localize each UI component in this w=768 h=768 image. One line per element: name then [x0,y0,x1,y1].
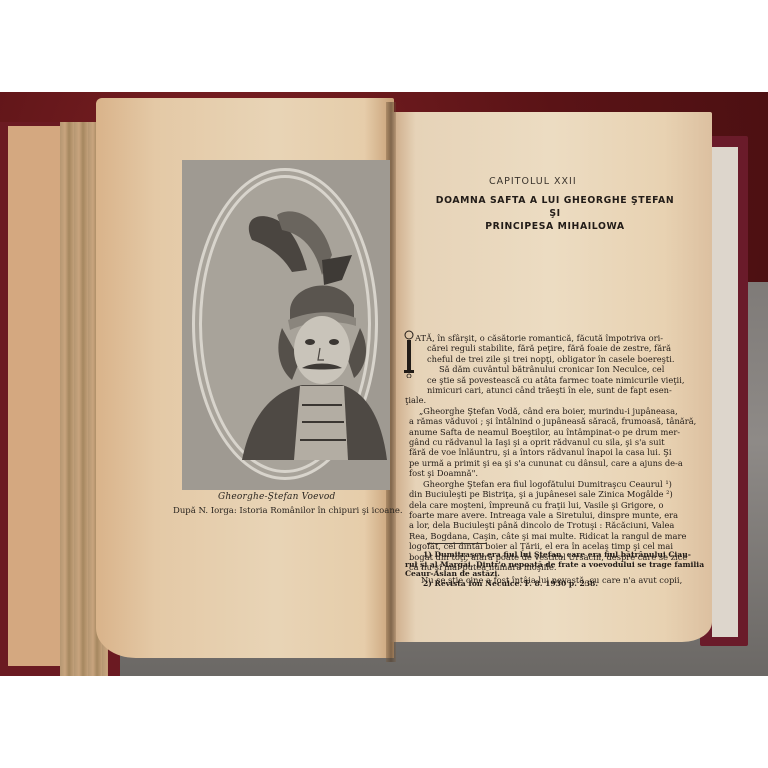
title-line-1: DOAMNA SAFTA A LUI GHEORGHE ŞTEFAN ŞI [436,195,674,219]
body-line: foarte mare avere. Intreaga vale a Siret… [409,510,661,520]
body-line: cărei reguli stabilite, fără peţire, făr… [415,343,661,353]
voivode-portrait-icon [182,160,390,490]
footnote-line: Ceaur-Aslan de astăzi. [405,569,655,579]
body-line: fără de voe înlăuntru, şi a întors rădva… [409,447,661,457]
body-line: „Gheorghe Ştefan Vodă, când era boier, m… [415,406,661,416]
endpaper-right [712,147,738,637]
body-line: din Buciuleşti pe Bistriţa, şi a jupânes… [409,489,661,499]
body-line: anume Safta de neamul Boeştilor, au întâ… [409,427,661,437]
body-line: ATĂ, în sfârşit, o căsătorie romantică, … [415,333,661,343]
body-line: fost şi Doamnă". [409,468,661,478]
body-text: ATĂ, în sfârşit, o căsătorie romantică, … [415,333,661,586]
footnote-divider [427,543,487,544]
body-line: Rea, Bogdana, Caşin, câte şi mai multe. … [409,531,661,541]
body-line: a lor, dela Buciuleşti până dincolo de T… [409,520,661,530]
footnote-line: 2) Revista Ion Neculce. F. 8. 1930 p. 23… [405,579,655,589]
footnote-line: 1) Dumitraşcu era fiul lui Ştefan, care … [405,550,655,560]
chapter-title: DOAMNA SAFTA A LUI GHEORGHE ŞTEFAN ŞI PR… [435,194,675,233]
footnote-line: rul şi al Margăi. Dintr'o nepoată de fra… [405,560,655,570]
body-line: Gheorghe Ştefan era fiul logofătului Dum… [415,479,661,489]
body-line: nimicuri cari, atunci când trăeşti în el… [415,385,661,395]
body-line: ţiale. [405,395,661,405]
body-line: pe urmă a primit şi ea şi s'a cununat cu… [409,458,661,468]
ornamental-dropcap-icon [403,330,415,378]
body-line: dela care moşteni, împreună cu fraţii lu… [409,500,661,510]
title-line-2: PRINCIPESA MIHAILOWA [485,221,624,232]
body-line: gând cu rădvanul la Iaşi şi a oprit rădv… [409,437,661,447]
body-line: cheful de trei zile şi trei nopţi, oblig… [415,354,661,364]
portrait-source: După N. Iorga: Istoria Românilor în chip… [173,506,403,516]
footnotes: 1) Dumitraşcu era fiul lui Ştefan, care … [405,550,655,588]
portrait-caption: Gheorghe-Ştefan Voevod [218,492,336,502]
portrait-illustration [182,160,390,490]
body-line: Să dăm cuvântul bătrânului cronicar Ion … [415,364,661,374]
chapter-number: CAPITOLUL XXII [489,176,577,187]
body-line: ce ştie să povestească cu atâta farmec t… [415,375,661,385]
body-line: a rămas văduvoi ; şi întâlnind o jupânea… [409,416,661,426]
